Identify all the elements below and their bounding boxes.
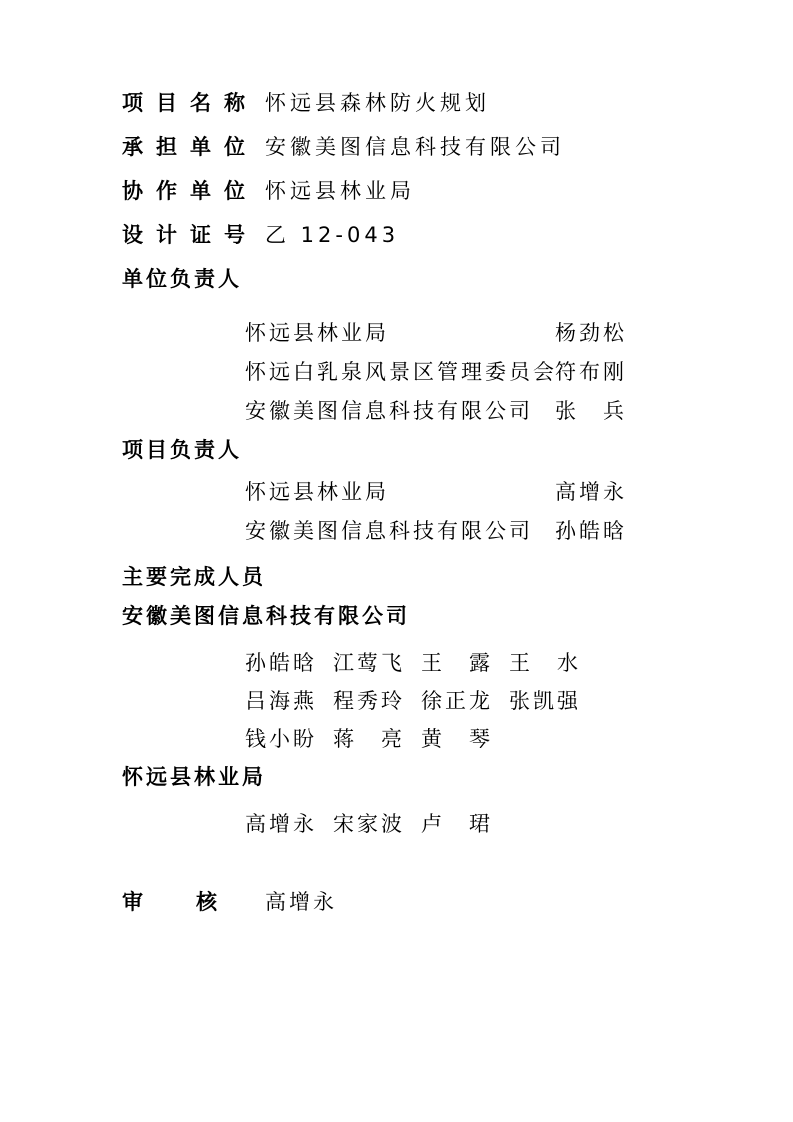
- name-row: 钱小盼 蒋 亮 黄 琴: [245, 728, 753, 751]
- field-row-design-certificate: 设计证号 乙 12-043: [122, 224, 753, 247]
- document-page: 项目名称 怀远县森林防火规划 承担单位 安徽美图信息科技有限公司 协作单位 怀远…: [0, 0, 793, 1122]
- person-name: 王 水: [509, 652, 581, 675]
- unit-leaders-heading: 单位负责人: [122, 268, 753, 291]
- contributor-names-group-1: 孙皓晗 江莺飞 王 露 王 水 吕海燕 程秀玲 徐正龙 张凯强 钱小盼 蒋 亮 …: [122, 652, 753, 751]
- field-row-cooperating-unit: 协作单位 怀远县林业局: [122, 180, 753, 203]
- person-name: 钱小盼: [245, 728, 317, 751]
- person-name: 王 露: [421, 652, 493, 675]
- person-name: 江莺飞: [333, 652, 405, 675]
- field-label: 协作单位: [122, 180, 265, 203]
- org-name: 安徽美图信息科技有限公司: [245, 400, 555, 423]
- contributor-org-header: 怀远县林业局: [122, 766, 753, 789]
- field-label: 承担单位: [122, 136, 265, 159]
- person-name: 蒋 亮: [333, 728, 405, 751]
- review-row: 审核 高增永: [122, 891, 753, 914]
- contributor-org-header: 安徽美图信息科技有限公司: [122, 605, 753, 628]
- person-name: 卢 珺: [421, 813, 493, 836]
- person-name: 孙皓晗: [245, 652, 317, 675]
- person-name: 符布刚: [555, 361, 627, 384]
- field-value: 怀远县林业局: [265, 180, 415, 203]
- field-label: 项目名称: [122, 92, 265, 115]
- org-name: 怀远白乳泉风景区管理委员会: [245, 361, 555, 384]
- field-label: 设计证号: [122, 224, 265, 247]
- review-value: 高增永: [265, 891, 337, 914]
- person-name: 黄 琴: [421, 728, 493, 751]
- field-row-undertaking-unit: 承担单位 安徽美图信息科技有限公司: [122, 136, 753, 159]
- review-label: 审核: [122, 891, 265, 914]
- name-row: 高增永 宋家波 卢 珺: [245, 813, 753, 836]
- name-row: 孙皓晗 江莺飞 王 露 王 水: [245, 652, 753, 675]
- person-name: 张 兵: [555, 400, 627, 423]
- project-leaders-list: 怀远县林业局 高增永 安徽美图信息科技有限公司 孙皓晗: [122, 481, 753, 543]
- leader-row: 安徽美图信息科技有限公司 张 兵: [245, 400, 753, 423]
- leader-row: 怀远县林业局 高增永: [245, 481, 753, 504]
- person-name: 徐正龙: [421, 690, 493, 713]
- person-name: 孙皓晗: [555, 520, 627, 543]
- unit-leaders-list: 怀远县林业局 杨劲松 怀远白乳泉风景区管理委员会 符布刚 安徽美图信息科技有限公…: [122, 322, 753, 423]
- person-name: 高增永: [555, 481, 627, 504]
- leader-row: 怀远白乳泉风景区管理委员会 符布刚: [245, 361, 753, 384]
- field-value: 安徽美图信息科技有限公司: [265, 136, 565, 159]
- org-name: 怀远县林业局: [245, 481, 555, 504]
- header-fields-section: 项目名称 怀远县森林防火规划 承担单位 安徽美图信息科技有限公司 协作单位 怀远…: [122, 92, 753, 247]
- field-value: 怀远县森林防火规划: [265, 92, 490, 115]
- person-name: 高增永: [245, 813, 317, 836]
- person-name: 杨劲松: [555, 322, 627, 345]
- person-name: 宋家波: [333, 813, 405, 836]
- leader-row: 安徽美图信息科技有限公司 孙皓晗: [245, 520, 753, 543]
- org-name: 怀远县林业局: [245, 322, 555, 345]
- person-name: 吕海燕: [245, 690, 317, 713]
- project-leaders-heading: 项目负责人: [122, 439, 753, 462]
- org-name: 安徽美图信息科技有限公司: [245, 520, 555, 543]
- person-name: 张凯强: [509, 690, 581, 713]
- person-name: 程秀玲: [333, 690, 405, 713]
- name-row: 吕海燕 程秀玲 徐正龙 张凯强: [245, 690, 753, 713]
- field-row-project-name: 项目名称 怀远县森林防火规划: [122, 92, 753, 115]
- leader-row: 怀远县林业局 杨劲松: [245, 322, 753, 345]
- contributor-names-group-2: 高增永 宋家波 卢 珺: [122, 813, 753, 836]
- main-contributors-heading: 主要完成人员: [122, 566, 753, 589]
- field-value: 乙 12-043: [265, 224, 399, 247]
